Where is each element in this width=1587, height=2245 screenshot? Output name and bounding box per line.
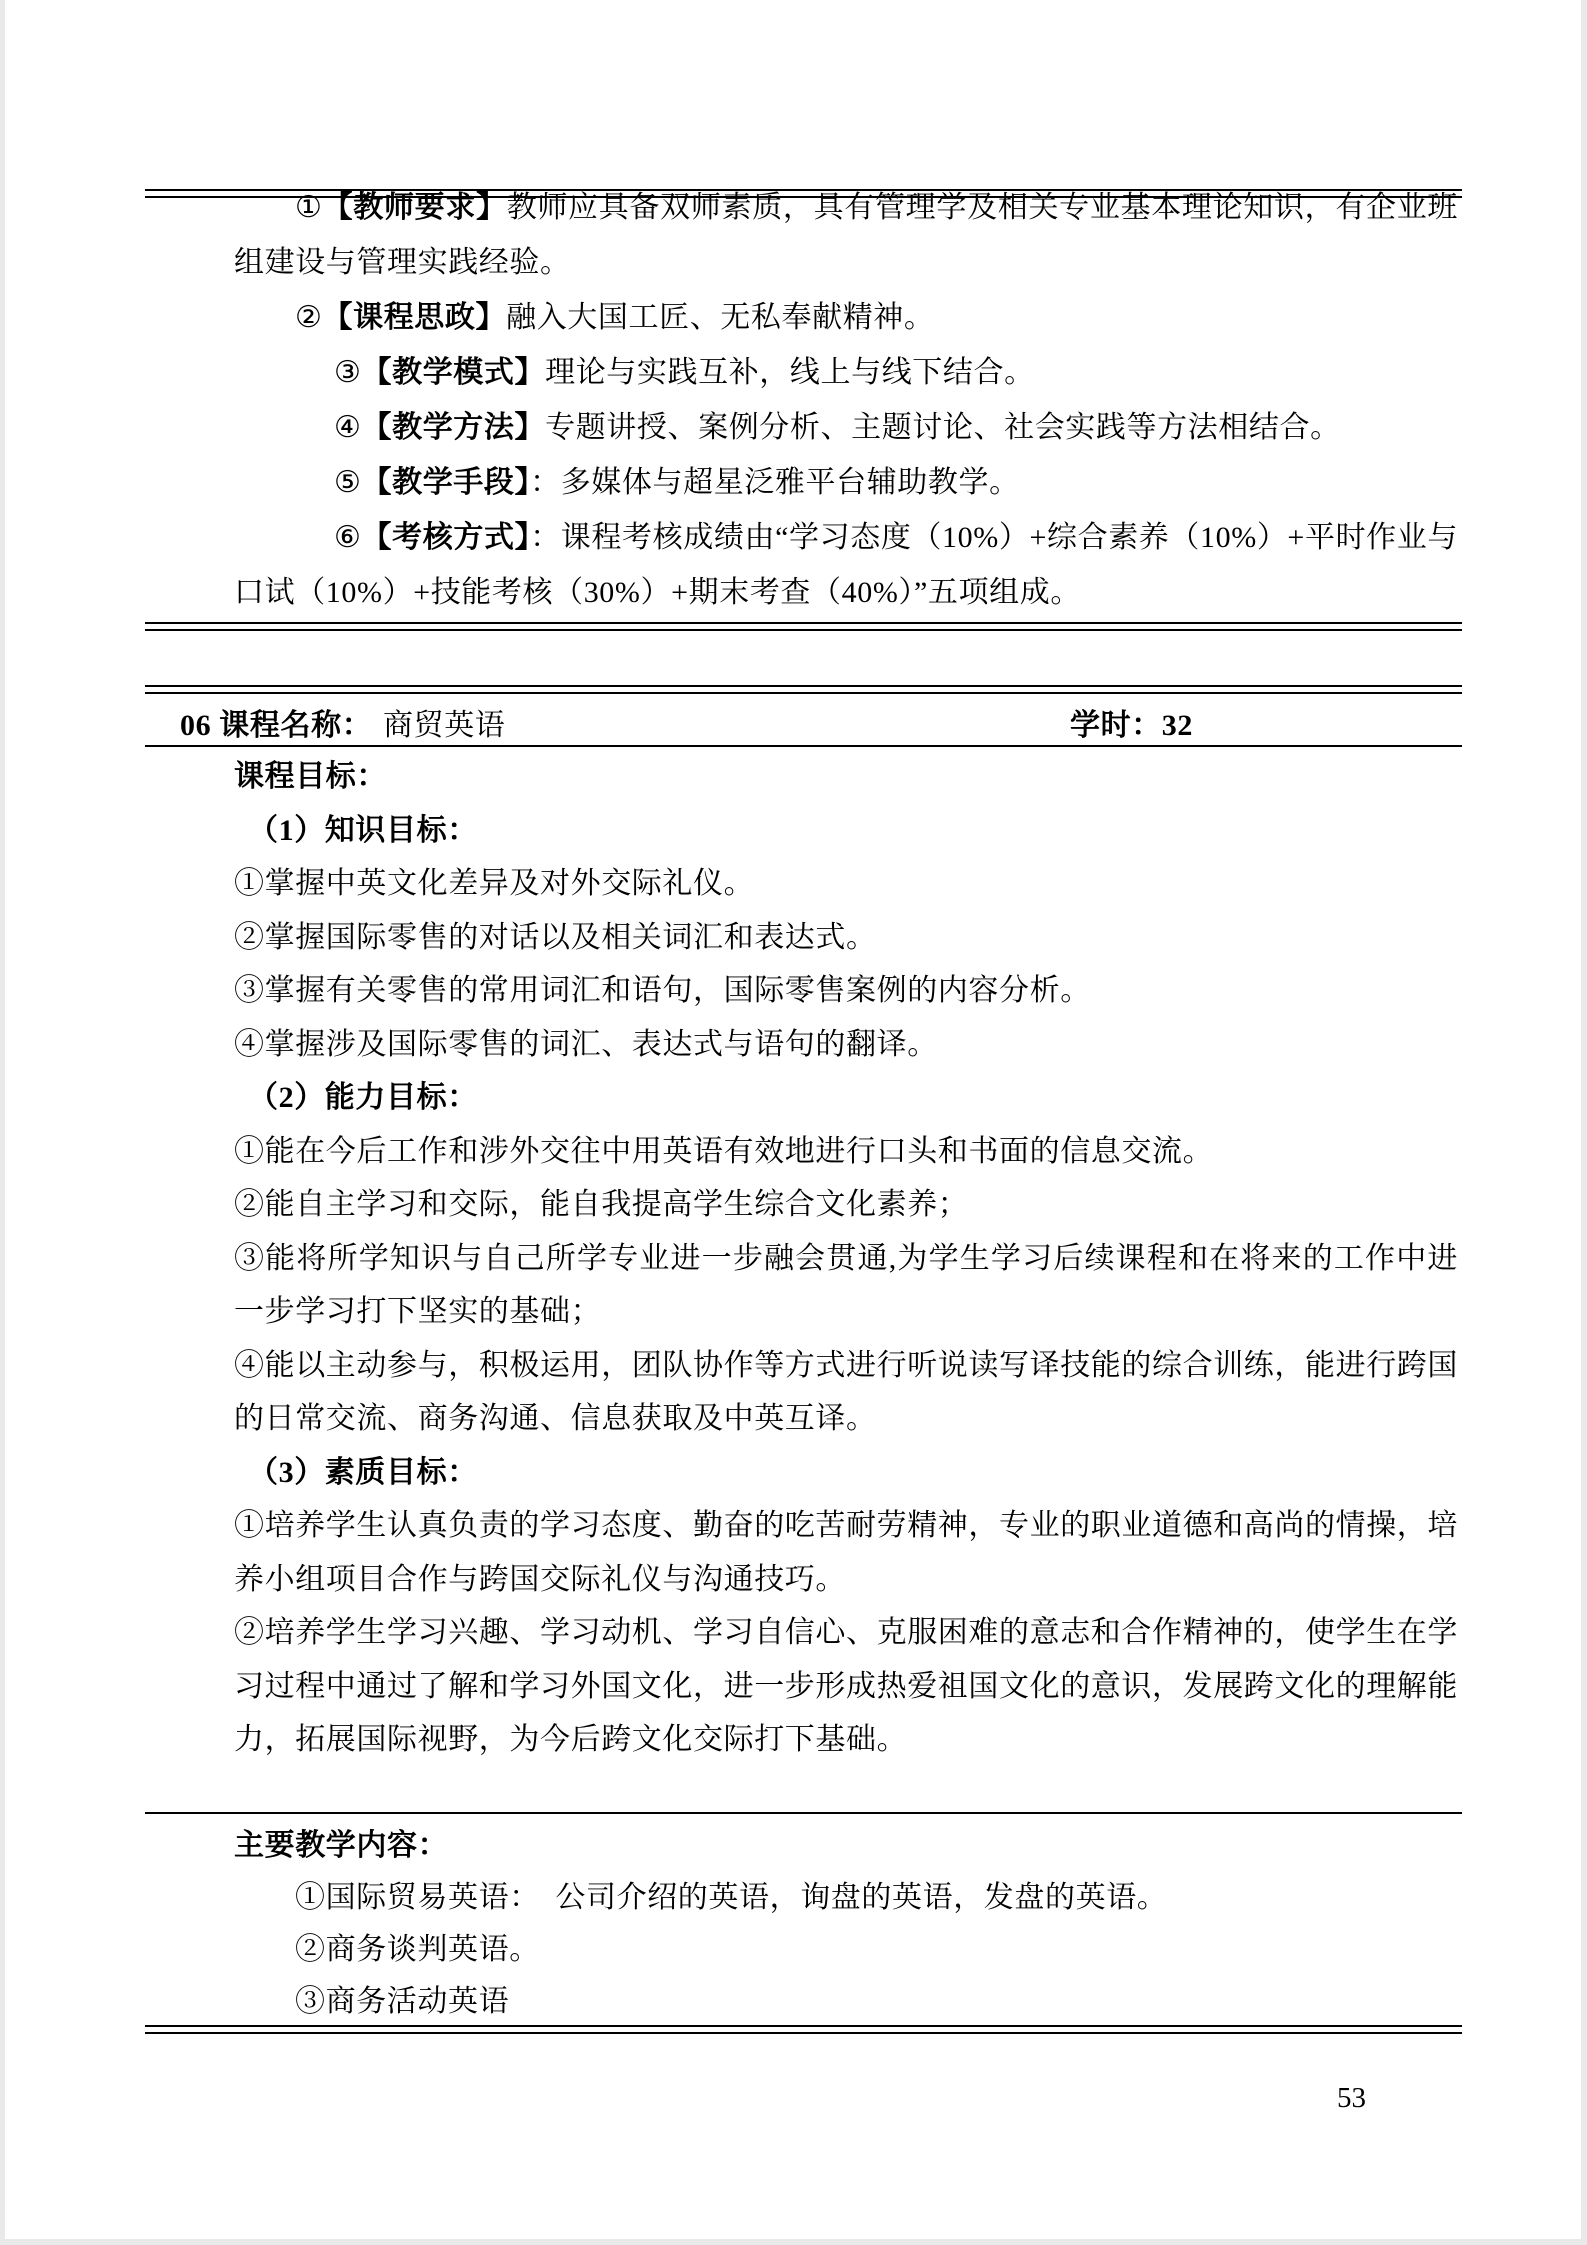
teaching-content-title: 主要教学内容：	[234, 1820, 1458, 1872]
objectives-title: 课程目标：	[234, 750, 1458, 804]
divider-single-content-top	[145, 1812, 1462, 1814]
ability-goals-heading: （2）能力目标：	[234, 1071, 1458, 1125]
course-hours: 学时：32	[1070, 700, 1193, 744]
course-objectives-section: 课程目标： （1）知识目标： ①掌握中英文化差异及对外交际礼仪。 ②掌握国际零售…	[234, 750, 1458, 1767]
teaching-requirement-item-4: ④【教学方法】专题讲授、案例分析、主题讨论、社会实践等方法相结合。	[234, 400, 1458, 455]
quality-goal-item-2: ②培养学生学习兴趣、学习动机、学习自信心、克服困难的意志和合作精神的，使学生在学…	[234, 1606, 1458, 1767]
item-label: 【考核方式】	[362, 521, 531, 554]
divider-single-header-bottom	[145, 745, 1462, 747]
page-edge-left	[0, 0, 5, 2245]
ability-goal-item-1: ①能在今后工作和涉外交往中用英语有效地进行口头和书面的信息交流。	[234, 1125, 1458, 1179]
item-number: ⑥	[334, 521, 362, 554]
item-label: 【教师要求】	[323, 191, 507, 224]
knowledge-goal-item-1: ①掌握中英文化差异及对外交际礼仪。	[234, 857, 1458, 911]
teaching-content-item-2: ②商务谈判英语。	[234, 1924, 1458, 1976]
item-number: ④	[334, 411, 362, 444]
teaching-requirement-item-6: ⑥【考核方式】：课程考核成绩由“学习态度（10%）+综合素养（10%）+平时作业…	[234, 510, 1458, 620]
item-text: 理论与实践互补，线上与线下结合。	[545, 356, 1035, 389]
item-number: ②	[295, 301, 323, 334]
teaching-content-item-1: ①国际贸易英语： 公司介绍的英语，询盘的英语，发盘的英语。	[234, 1872, 1458, 1924]
teaching-requirement-item-3: ③【教学模式】理论与实践互补，线上与线下结合。	[234, 345, 1458, 400]
teaching-requirement-item-2: ②【课程思政】融入大国工匠、无私奉献精神。	[234, 290, 1458, 345]
divider-double-section-end	[145, 622, 1462, 631]
ability-goal-item-3: ③能将所学知识与自己所学专业进一步融会贯通,为学生学习后续课程和在将来的工作中进…	[234, 1232, 1458, 1339]
divider-double-header-top	[145, 685, 1462, 694]
item-number: ①	[295, 191, 323, 224]
knowledge-goal-item-4: ④掌握涉及国际零售的词汇、表达式与语句的翻译。	[234, 1018, 1458, 1072]
course-name: 商贸英语	[383, 700, 505, 744]
course-header-row: 06 课程名称： 商贸英语 学时：32	[145, 694, 1462, 744]
teaching-content-section: 主要教学内容： ①国际贸易英语： 公司介绍的英语，询盘的英语，发盘的英语。 ②商…	[234, 1820, 1458, 2028]
document-page: ①【教师要求】教师应具备双师素质，具有管理学及相关专业基本理论知识，有企业班组建…	[0, 0, 1587, 2245]
teaching-requirement-item-1: ①【教师要求】教师应具备双师素质，具有管理学及相关专业基本理论知识，有企业班组建…	[234, 180, 1458, 290]
page-number: 53	[1337, 2082, 1366, 2115]
knowledge-goal-item-3: ③掌握有关零售的常用词汇和语句，国际零售案例的内容分析。	[234, 964, 1458, 1018]
item-label: 【教学方法】	[362, 411, 546, 444]
item-number: ③	[334, 356, 362, 389]
item-text: ：多媒体与超星泛雅平台辅助教学。	[530, 466, 1020, 499]
item-label: 【课程思政】	[323, 301, 507, 334]
quality-goals-heading: （3）素质目标：	[234, 1446, 1458, 1500]
item-text: 融入大国工匠、无私奉献精神。	[506, 301, 934, 334]
teaching-content-item-3: ③商务活动英语	[234, 1976, 1458, 2028]
course-number-label: 06 课程名称：	[180, 700, 372, 744]
knowledge-goals-heading: （1）知识目标：	[234, 804, 1458, 858]
item-number: ⑤	[334, 466, 362, 499]
page-edge-right	[1581, 0, 1587, 2245]
knowledge-goal-item-2: ②掌握国际零售的对话以及相关词汇和表达式。	[234, 911, 1458, 965]
teaching-requirements-section: ①【教师要求】教师应具备双师素质，具有管理学及相关专业基本理论知识，有企业班组建…	[234, 180, 1458, 620]
page-edge-bottom	[0, 2239, 1587, 2245]
divider-double-bottom	[145, 2025, 1462, 2034]
item-text: 专题讲授、案例分析、主题讨论、社会实践等方法相结合。	[545, 411, 1341, 444]
quality-goal-item-1: ①培养学生认真负责的学习态度、勤奋的吃苦耐劳精神，专业的职业道德和高尚的情操，培…	[234, 1499, 1458, 1606]
teaching-requirement-item-5: ⑤【教学手段】：多媒体与超星泛雅平台辅助教学。	[234, 455, 1458, 510]
item-label: 【教学模式】	[362, 356, 546, 389]
ability-goal-item-4: ④能以主动参与，积极运用，团队协作等方式进行听说读写译技能的综合训练，能进行跨国…	[234, 1339, 1458, 1446]
item-label: 【教学手段】	[362, 466, 531, 499]
ability-goal-item-2: ②能自主学习和交际，能自我提高学生综合文化素养；	[234, 1178, 1458, 1232]
